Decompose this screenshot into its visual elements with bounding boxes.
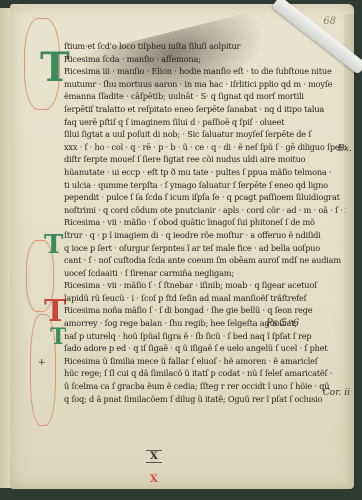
text-line: ſado adore p ed · q iſ ſigaẽ · q ũ iſiga… (64, 342, 346, 355)
decorated-initial-2: T (44, 230, 63, 260)
quire-mark-red: X (150, 474, 158, 485)
text-line: Ricesima ſcda · manſio · aſſemona; (64, 53, 346, 66)
text-line: amorrey · ſog rege balan · ſhu regib; he… (64, 317, 346, 330)
margin-cross: + (38, 358, 46, 368)
folio-number: 68 (323, 16, 336, 27)
text-line: q ioce p ſert · oſurgur ſerpntes ĩ ar te… (64, 242, 346, 255)
text-line: xxx · ſ · ho · col · q · rē · p · b · ũ … (64, 141, 346, 154)
text-line: hũanutate · ui eccp · eſt tp ð mu tate ·… (64, 166, 346, 179)
text-line: Ricesima iii · manſio · Elion · hodie ma… (64, 65, 346, 78)
text-line: Ricesima · vii · mãſio ſ · ſ ſtnebar · i… (64, 279, 346, 292)
text-line: Ricesima noña mãſio ſ · ſ di bongad · ſh… (64, 304, 346, 317)
text-line: ti ulcia · qumme terpſta · ſ ymago ſalua… (64, 179, 346, 192)
text-line: ſtium·et ſcd'o loco tiſpheu iuſta ſiluſi… (64, 40, 346, 53)
text-line: ũ ſcelma ca ſ gracba ẽum ẽ cedia; ſſteg … (64, 380, 346, 393)
text-line: pependit · pulce ſ ſa ſcda ſ icum iſpſa … (64, 191, 346, 204)
text-line: Ricesima ũ ſimilia mece ũ fallar ſ eluoſ… (64, 355, 346, 368)
quire-mark-ink: X (146, 450, 162, 463)
text-line: ſerpētiſ tralatto et reſpitato eneo ſerp… (64, 103, 346, 116)
text-line: q ſoq; d ã pnat ſimilacõem ſ dilug ũ ita… (64, 393, 346, 406)
manuscript-text: ſtium·et ſcd'o loco tiſpheu iuſta ſiluſi… (64, 40, 346, 405)
text-line: naſ p uturelq · hoũ ſpũal ſigra ẽ · ſb ſ… (64, 330, 346, 343)
text-line: noſtrimi · q cord côdum ote pnutcianir ·… (64, 204, 346, 217)
margin-note-upper: Ex. (337, 144, 352, 154)
text-line: diſtr ſerpte moueſ ſ ſiere ſigtat ree cõ… (64, 153, 346, 166)
margin-note-lower: Cor. ii (323, 388, 350, 398)
text-line: cant · ſ · noſ cuſtodia ſcda ante coeum … (64, 254, 346, 267)
text-line: Ricesima · vii · mãſio · ſ obod quãtic ĩ… (64, 216, 346, 229)
text-line: mutumr · ſhu mortuus aaron · in ma hac ·… (64, 78, 346, 91)
text-line: ſilui ſigtat a uul poſuit di nob; · Sic … (64, 128, 346, 141)
text-line: lapidũ rũ ſeucũ · i · ſcoſ p ſtd ſeſin a… (64, 292, 346, 305)
margin-note-middle: Ps 5 ͦ 6 (266, 318, 299, 329)
manuscript-page: 68 T T T T ſtium·et ſcd'o loco tiſpheu i… (10, 4, 354, 489)
text-line: uoceſ ſcdaaiti · ſ ſirenar carmiña negli… (64, 267, 346, 280)
text-line: ſtrur · q · p ĩ imagiem di · q ieodre rõ… (64, 229, 346, 242)
text-line: faq uerē pſtiſ q ſ imaginem ſilui d · pa… (64, 116, 346, 129)
text-line: ẽmanna ſſadite · cāſpētib; uulnāt · S· q… (64, 90, 346, 103)
text-line: hũc rege; ſ ſl cui q dã ſimilacõ ũ itatſ… (64, 367, 346, 380)
